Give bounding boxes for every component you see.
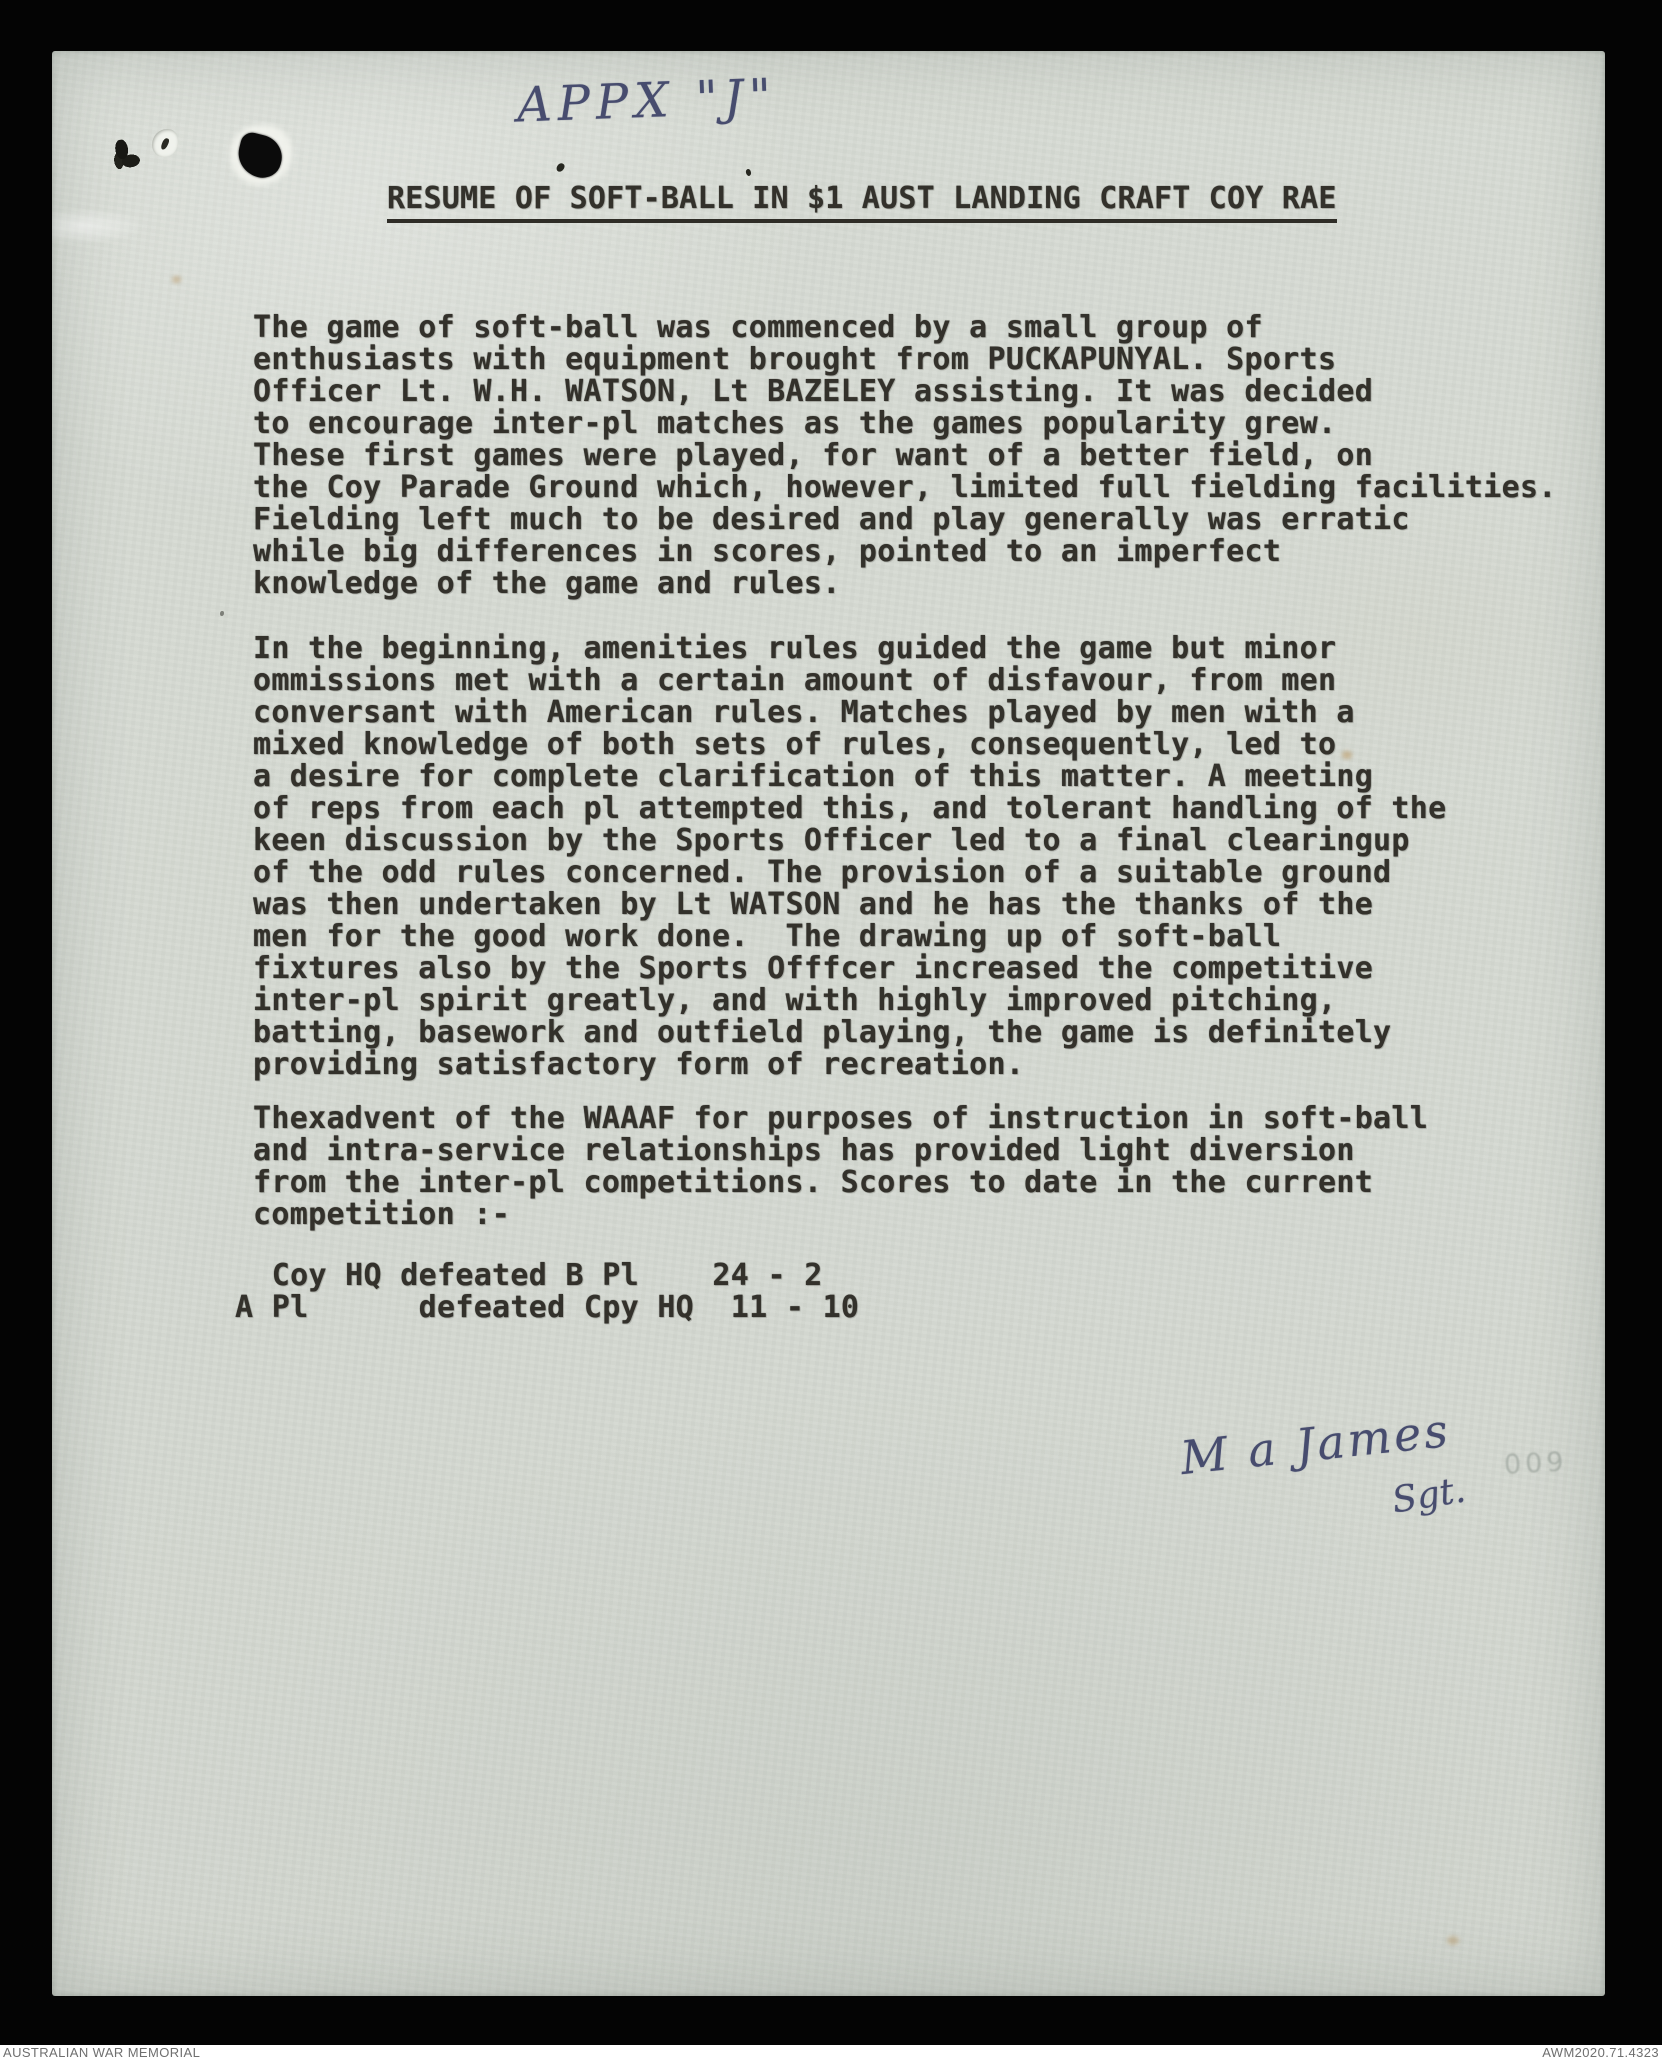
paragraph-1: The game of soft-ball was commenced by a… — [253, 312, 1557, 600]
ink-speck — [220, 611, 224, 616]
ink-speck — [745, 168, 752, 176]
paper-stain — [1447, 1936, 1459, 1945]
staple-tear-mark — [110, 137, 144, 173]
archive-accession-number: AWM2020.71.4323 — [1542, 2045, 1659, 2061]
archive-footer-strip: AUSTRALIAN WAR MEMORIAL AWM2020.71.4323 — [0, 2045, 1662, 2061]
signature-rank: Sgt. — [1389, 1469, 1468, 1521]
paragraph-3: Thexadvent of the WAAAF for purposes of … — [253, 1103, 1428, 1231]
paragraph-2: In the beginning, amenities rules guided… — [253, 633, 1447, 1081]
archive-source-label: AUSTRALIAN WAR MEMORIAL — [3, 2045, 200, 2061]
score-lines: Coy HQ defeated B Pl 24 - 2 A Pl defeate… — [235, 1260, 859, 1324]
signature-name: M a James — [1178, 1403, 1453, 1485]
paper-sheet: APPX "J" RESUME OF SOFT-BALL IN $1 AUST … — [52, 51, 1605, 1996]
page-title: RESUME OF SOFT-BALL IN $1 AUST LANDING C… — [387, 183, 1337, 223]
small-tear — [152, 129, 178, 157]
ink-speck — [555, 162, 566, 173]
scanned-document-page: { "colors": { "background": "#040404", "… — [0, 0, 1662, 2061]
handwritten-appendix-label: APPX "J" — [516, 68, 778, 133]
faint-number-stamp: 009 — [1503, 1446, 1568, 1480]
paper-stain — [172, 276, 181, 283]
